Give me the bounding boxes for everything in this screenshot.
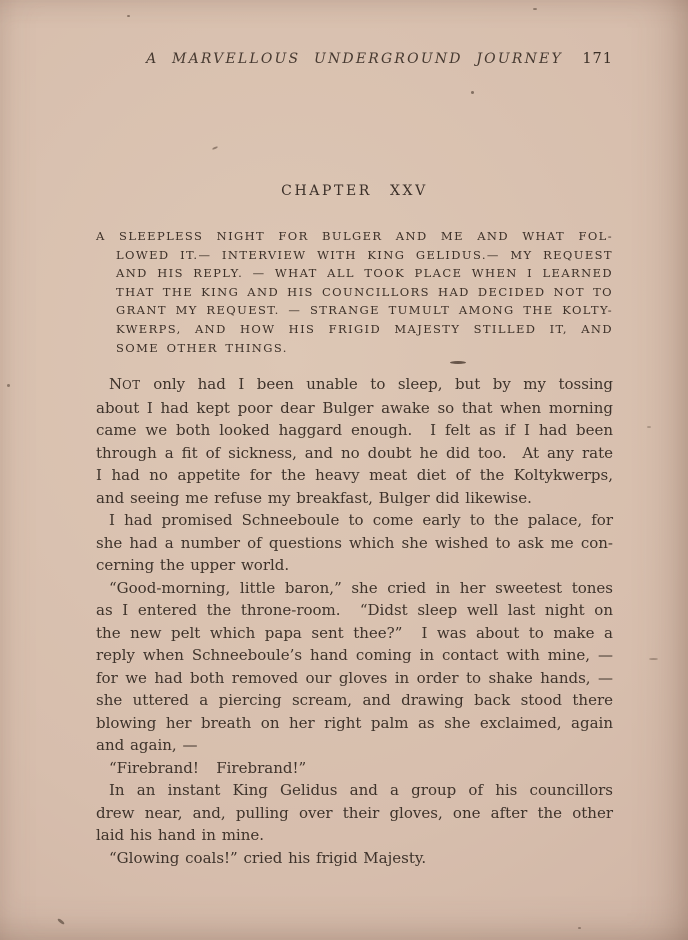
body-text: Not only had I been unable to sleep, but… (96, 373, 613, 869)
summary-line: LOWED IT.— INTERVIEW WITH KING GELIDUS.—… (96, 246, 613, 265)
paper-speck (649, 658, 658, 660)
book-page: A MARVELLOUS UNDERGROUND JOURNEY 171 CHA… (0, 0, 688, 940)
text-line: “Firebrand! Firebrand!” (96, 757, 613, 780)
text-line: the new pelt which papa sent thee?” I wa… (96, 622, 613, 645)
text-line: cerning the upper world. (96, 554, 613, 577)
text-line: for we had both removed our gloves in or… (96, 667, 613, 690)
paper-speck (533, 8, 537, 10)
text-line: and again, — (96, 734, 613, 757)
text-line: and seeing me refuse my breakfast, Bulge… (96, 487, 613, 510)
text-line: I had no appetite for the heavy meat die… (96, 464, 613, 487)
summary-line: SOME OTHER THINGS. (96, 339, 613, 358)
text-line: reply when Schneeboule’s hand coming in … (96, 644, 613, 667)
text-line: through a fit of sickness, and no doubt … (96, 442, 613, 465)
running-title: A MARVELLOUS UNDERGROUND JOURNEY (146, 51, 563, 67)
chapter-heading: CHAPTER XXV (96, 183, 613, 199)
page-number: 171 (582, 51, 613, 67)
summary-line: A SLEEPLESS NIGHT FOR BULGER AND ME AND … (96, 227, 613, 246)
text-line: In an instant King Gelidus and a group o… (96, 779, 613, 802)
text-line: laid his hand in mine. (96, 824, 613, 847)
paper-speck (127, 15, 130, 17)
text-line: she uttered a piercing scream, and drawi… (96, 689, 613, 712)
summary-line: AND HIS REPLY. — WHAT ALL TOOK PLACE WHE… (96, 264, 613, 283)
summary-line: GRANT MY REQUEST. — STRANGE TUMULT AMONG… (96, 301, 613, 320)
paper-speck (7, 384, 10, 387)
text-line: as I entered the throne-room. “Didst sle… (96, 599, 613, 622)
text-line: about I had kept poor dear Bulger awake … (96, 397, 613, 420)
paper-speck (57, 918, 65, 925)
page-header: A MARVELLOUS UNDERGROUND JOURNEY 171 (96, 51, 613, 67)
text-line: “Glowing coals!” cried his frigid Majest… (96, 847, 613, 870)
text-line: came we both looked haggard enough. I fe… (96, 419, 613, 442)
paper-speck (471, 91, 474, 94)
chapter-summary: A SLEEPLESS NIGHT FOR BULGER AND ME AND … (96, 227, 613, 357)
text-line: Not only had I been unable to sleep, but… (96, 373, 613, 397)
text-line: “Good-morning, little baron,” she cried … (96, 577, 613, 600)
text-line: blowing her breath on her right palm as … (96, 712, 613, 735)
paper-speck (450, 361, 466, 364)
paper-speck (647, 426, 651, 428)
paper-speck (212, 146, 218, 150)
summary-line: KWERPS, AND HOW HIS FRIGID MAJESTY STILL… (96, 320, 613, 339)
text-line: I had promised Schneeboule to come early… (96, 509, 613, 532)
text-line: drew near, and, pulling over their glove… (96, 802, 613, 825)
summary-line: THAT THE KING AND HIS COUNCILLORS HAD DE… (96, 283, 613, 302)
paper-speck (578, 927, 581, 929)
text-line: she had a number of questions which she … (96, 532, 613, 555)
